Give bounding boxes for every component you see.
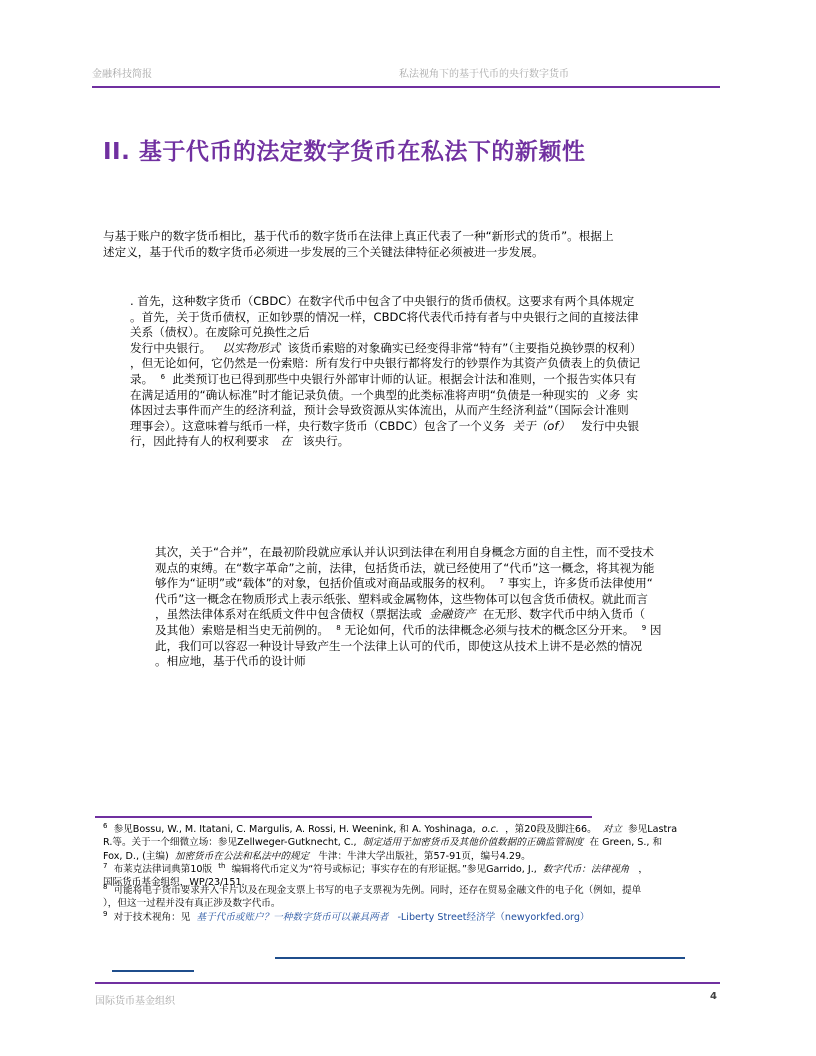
footnote-divider (95, 816, 592, 818)
text-line: 够作为“证明”或“载体”的对象，包括价值或对商品或服务的权利。 7 事实上，许多… (155, 576, 740, 592)
text-line: 体因过去事件而产生的经济利益，预计会导致资源从实体流出，从而产生经济利益”（国际… (130, 403, 730, 419)
text-line: 与基于账户的数字货币相比，基于代币的数字货币在法律上真正代表了一种“新形式的货币… (103, 229, 703, 245)
text-line: 在满足适用的“确认标准”时才能记录负债。一个典型的此类标准将声明“负债是一种现实… (130, 388, 730, 404)
footnote-number: 6 (103, 822, 107, 830)
intro-paragraph: 与基于账户的数字货币相比，基于代币的数字货币在法律上真正代表了一种“新形式的货币… (103, 229, 703, 260)
text-run: ，第20段及脚注66。 (505, 824, 597, 835)
footnote-ref-7[interactable]: 7 (499, 577, 503, 585)
text-run: 发行中央银行。 (130, 341, 211, 355)
text-run: 理事会）。这意味着与纸币一样，央行数字货币（CBDC）包含了一个义务 (130, 419, 505, 433)
footnote-9: 9 对于技术视角：见 基于代币或账户？一种数字货币可以兼具两者 -Liberty… (103, 911, 723, 924)
text-run: 及其他）索赔是相当史无前例的。 (155, 623, 329, 637)
text-line: 其次，关于“合并”，在最初阶段就应承认并认识到法律在利用自身概念方面的自主性，而… (155, 545, 740, 561)
text-run: 行，因此持有人的权利要求 (130, 434, 269, 448)
text-run: 布莱克法律词典第10版 (114, 864, 213, 875)
footnote-number: 8 (103, 883, 107, 891)
footnote-line: Fox, D., (主编) 加密货币在公法和私法中的规定 牛津：牛津大学出版社，… (103, 850, 723, 863)
footnote-line: 9 对于技术视角：见 基于代币或账户？一种数字货币可以兼具两者 -Liberty… (103, 911, 723, 924)
text-line: 。相应地，基于代币的设计师 (155, 654, 740, 670)
text-run: 可能将电子货币要求并入卡片以及在现金支票上书写的电子支票视为先例。同时，还存在贸… (114, 885, 642, 896)
running-header-left: 金融科技简报 (92, 68, 152, 81)
text-run: 实 (627, 388, 639, 402)
text-run: 因 (650, 623, 662, 637)
text-line: 。首先，关于货币债权，正如钞票的情况一样，CBDC将代表代币持有者与中央银行之间… (130, 310, 730, 326)
page-number: 4 (710, 991, 717, 1002)
reference-link-source[interactable]: -Liberty Street经济学（newyorkfed.org） (397, 912, 589, 923)
first-point-paragraph: . 首先，这种数字货币（CBDC）在数字代币中包含了中央银行的货币债权。这要求有… (130, 294, 730, 450)
text-run: 该央行。 (303, 434, 349, 448)
text-run: 无论如何，代币的法律概念必须与技术的概念区分开来。 (344, 623, 634, 637)
text-line: 此，我们可以容忍一种设计导致产生一个法律上认可的代币，即使这从技术上讲不是必然的… (155, 639, 740, 655)
text-line: 发行中央银行。 以实物形式 该货币索赔的对象确实已经变得非常“特有”（主要指兑换… (130, 341, 730, 357)
text-run: ， (638, 864, 648, 875)
footnote-number: 9 (103, 910, 107, 918)
text-run: 在无形、数字代币中纳入货币（ (483, 607, 645, 621)
text-line: . 首先，这种数字货币（CBDC）在数字代币中包含了中央银行的货币债权。这要求有… (130, 294, 730, 310)
text-run: Fox, D., (主编) (103, 851, 169, 862)
footnote-ref-6[interactable]: 6 (161, 373, 165, 381)
text-line: 录。 6 此类预订也已得到那些中央银行外部审计师的认证。根据会计法和准则，一个报… (130, 372, 730, 388)
footnote-6: 6 参见Bossu, W., M. Itatani, C. Margulis, … (103, 823, 723, 863)
link-underline-rule-short (112, 970, 194, 972)
italic-title: 加密货币在公法和私法中的规定 (175, 851, 309, 862)
text-run: ，虽然法律体系对在纸质文件中包含债权（票据法或 (155, 607, 422, 621)
text-run: 此类预订也已得到那些中央银行外部审计师的认证。根据会计法和准则，一个报告实体只有 (172, 372, 636, 386)
italic-term: 关于（of） (512, 419, 570, 433)
footer-divider (95, 982, 720, 984)
text-line: 述定义，基于代币的数字货币必须进一步发展的三个关键法律特征必须被进一步发展。 (103, 245, 703, 261)
italic-term: 在 (280, 434, 292, 448)
italic-title: 数字代币：法律视角 (543, 864, 629, 875)
text-line: ，但无论如何，它仍然是一份索赔：所有发行中央银行都将发行的钞票作为其资产负债表上… (130, 356, 730, 372)
italic-term: 以实物形式 (222, 341, 280, 355)
text-run: 在 Green, S., 和 (590, 837, 663, 848)
italic-term: o.c. (482, 824, 499, 835)
footnote-ref-9[interactable]: 9 (642, 624, 646, 632)
header-divider (92, 86, 720, 88)
footnote-line: ），但这一过程并没有真正涉及数字代币。 (103, 897, 723, 910)
text-run: R.等。关于一个细微立场：参见Zellweger-Gutknecht, C., (103, 837, 357, 848)
text-line: 理事会）。这意味着与纸币一样，央行数字货币（CBDC）包含了一个义务 关于（of… (130, 419, 730, 435)
reference-link-title[interactable]: 基于代币或账户？一种数字货币可以兼具两者 (196, 912, 388, 923)
text-line: 关系（债权）。在废除可兑换性之后 (130, 325, 730, 341)
section-title: II. 基于代币的法定数字货币在私法下的新颖性 (103, 134, 585, 170)
footer-organization: 国际货币基金组织 (95, 992, 175, 1007)
italic-title: 制定适用于加密货币及其他价值数据的正确监管制度 (363, 837, 584, 848)
text-run: 录。 (130, 372, 153, 386)
text-run: 参见Lastra (628, 824, 677, 835)
footnote-ref-8[interactable]: 8 (336, 624, 340, 632)
text-run: 事实上，许多货币法律使用“ (508, 576, 653, 590)
footnote-line: 6 参见Bossu, W., M. Itatani, C. Margulis, … (103, 823, 723, 836)
text-run: 发行中央银 (581, 419, 639, 433)
footnote-line: R.等。关于一个细微立场：参见Zellweger-Gutknecht, C., … (103, 836, 723, 849)
text-run: 编辑将代币定义为“符号或标记；事实存在的有形证据。”参见Garrido, J., (232, 864, 537, 875)
second-point-paragraph: 其次，关于“合并”，在最初阶段就应承认并认识到法律在利用自身概念方面的自主性，而… (155, 545, 740, 670)
footnote-number: 7 (103, 862, 107, 870)
italic-term: 义务 (596, 388, 619, 402)
running-header-right: 私法视角下的基于代币的央行数字货币 (399, 68, 569, 81)
text-line: 观点的束缚。在“数字革命”之前，法律，包括货币法，就已经使用了“代币”这一概念，… (155, 561, 740, 577)
text-run: 对于技术视角：见 (114, 912, 191, 923)
text-run: 够作为“证明”或“载体”的对象，包括价值或对商品或服务的权利。 (155, 576, 492, 590)
text-line: 行，因此持有人的权利要求 在 该央行。 (130, 434, 730, 450)
text-line: 及其他）索赔是相当史无前例的。 8 无论如何，代币的法律概念必须与技术的概念区分… (155, 623, 740, 639)
text-run: 牛津：牛津大学出版社，第57-91页，编号4.29。 (318, 851, 530, 862)
text-line: 代币”这一概念在物质形式上表示纸张、塑料或金属物体，这些物体可以包含货币债权。就… (155, 592, 740, 608)
italic-term: 金融资产 (429, 607, 475, 621)
ordinal-suffix: th (218, 862, 225, 870)
footnote-8: 8 可能将电子货币要求并入卡片以及在现金支票上书写的电子支票视为先例。同时，还存… (103, 884, 723, 911)
text-run: 参见Bossu, W., M. Itatani, C. Margulis, A.… (114, 824, 476, 835)
text-line: ，虽然法律体系对在纸质文件中包含债权（票据法或 金融资产 在无形、数字代币中纳入… (155, 607, 740, 623)
text-run: 该货币索赔的对象确实已经变得非常“特有”（主要指兑换钞票的权利） (288, 341, 642, 355)
footnote-line: 7 布莱克法律词典第10版 th 编辑将代币定义为“符号或标记；事实存在的有形证… (103, 863, 723, 876)
link-underline-rule (275, 957, 685, 959)
text-run: 在满足适用的“确认标准”时才能记录负债。一个典型的此类标准将声明“负债是一种现实… (130, 388, 589, 402)
italic-term: 对立 (603, 824, 622, 835)
footnote-line: 8 可能将电子货币要求并入卡片以及在现金支票上书写的电子支票视为先例。同时，还存… (103, 884, 723, 897)
